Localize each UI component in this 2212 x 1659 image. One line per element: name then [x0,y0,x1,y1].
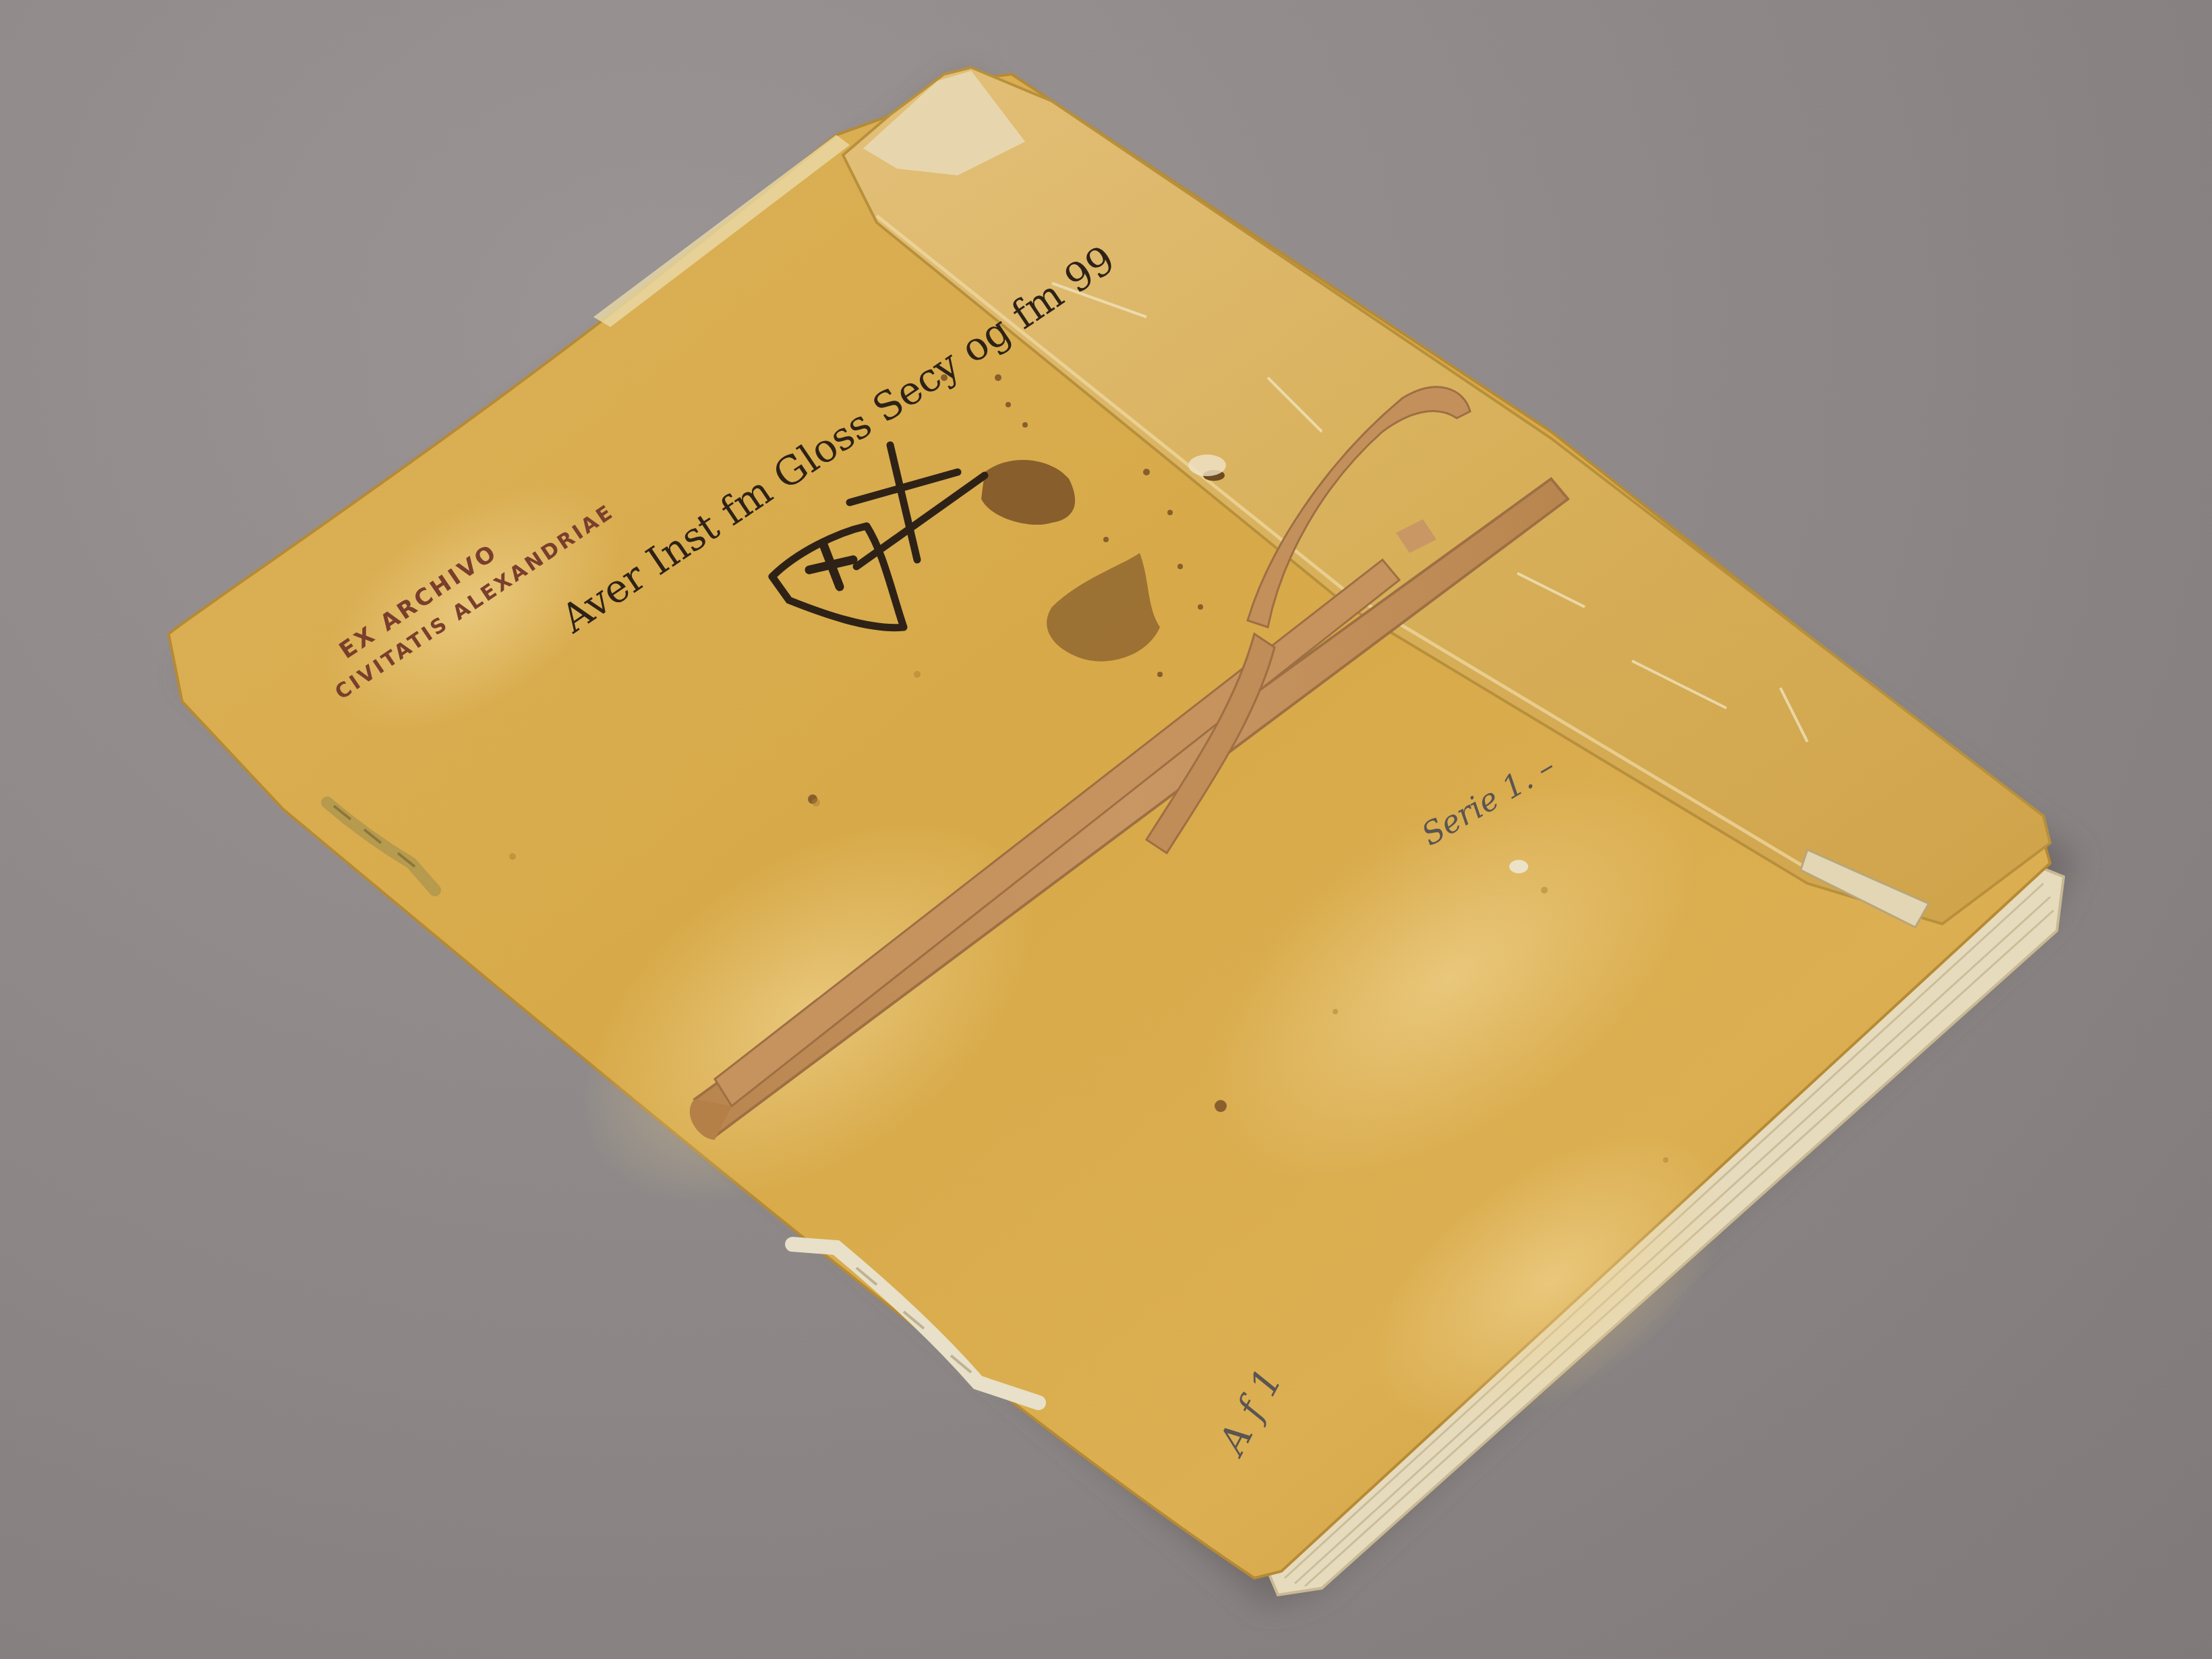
photo-scene: Aver Inst fm Gloss Secy og fm 99 EX ARCH… [0,0,2212,1659]
flap-wear [1188,455,1226,476]
small-hole [1509,860,1528,873]
vellum-notebook: Aver Inst fm Gloss Secy og fm 99 EX ARCH… [0,0,2212,1659]
